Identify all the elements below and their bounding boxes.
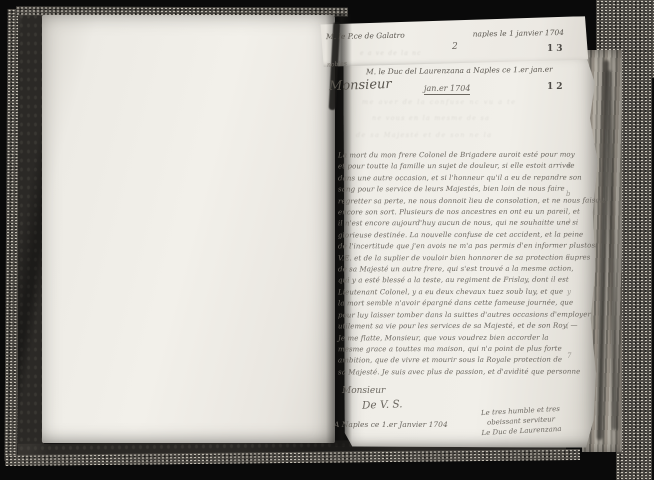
body-line: pour luy laisser tomber dans la suittes … [338, 309, 574, 321]
letter-body: La mort du mon frere Colonel de Brigader… [338, 150, 574, 378]
margin-ink-mark: c [566, 252, 570, 260]
margin-ink-mark: 4 [567, 162, 571, 170]
letter-salutation: Monsieur [329, 77, 392, 94]
slip-note: 2 [452, 42, 458, 52]
body-line: il n'est encore aujourd'huy aucun de nou… [338, 218, 574, 230]
closing-place-date: A Naples ce 1.er Janvier 1704 [334, 420, 448, 429]
body-line: regretter sa perte, ne nous donnoit lieu… [338, 195, 574, 207]
margin-ink-mark: 7 [567, 352, 571, 360]
body-line: utilement sa vie pour les services de sa… [338, 321, 574, 333]
folio-number-13: 13 [547, 44, 566, 54]
body-line: qui y a esté blessé a la teste, au regim… [338, 275, 574, 287]
left-blank-page [42, 15, 335, 443]
margin-ink-mark: y [567, 288, 571, 296]
slip-addressee: M. le P.ce de Galatro [326, 31, 405, 41]
body-line: sang pour le service de leurs Majestés, … [338, 184, 574, 196]
folio-number-12: 12 [547, 82, 566, 92]
margin-ink-mark: ) [568, 218, 571, 226]
cover-left-board [18, 12, 44, 458]
bleedthrough-text: e a ve de la nc [360, 50, 422, 57]
margin-ink-mark: ( [566, 322, 569, 330]
bleedthrough-text: ne vous en la mesme de sa [372, 114, 490, 122]
body-line: V.E. et de la suplier de vouloir bien ho… [338, 252, 574, 264]
body-line: Je me flatte, Monsieur, que vous voudrez… [338, 332, 574, 344]
closing-salutation: Monsieur [342, 386, 385, 396]
bleedthrough-text: de sa Majesté et de son ne la [356, 131, 492, 139]
body-line: de l'incertitude que j'en avois ne m'a p… [338, 241, 574, 253]
slip-place-date: naples le 1 janvier 1704 [473, 28, 564, 39]
closing-formula: De V. S. [362, 398, 403, 411]
body-line: sa Majesté. Je suis avec plus de passion… [338, 366, 574, 378]
margin-ink-mark: b [566, 190, 570, 198]
margin-note: nobles [327, 60, 347, 68]
body-line: ambition, que de vivre et mourir sous la… [338, 355, 574, 367]
body-line: la mort semble n'avoir épargné dans cett… [338, 298, 574, 310]
bleedthrough-text: me aver de la confuse nc vu a te [362, 98, 517, 106]
archival-scan: M. le P.ce de Galatro naples le 1 janvie… [0, 0, 654, 480]
letter-date-note: jan.er 1704 [424, 84, 470, 95]
body-line: et pour toutte la famille un sujet de do… [338, 161, 574, 173]
